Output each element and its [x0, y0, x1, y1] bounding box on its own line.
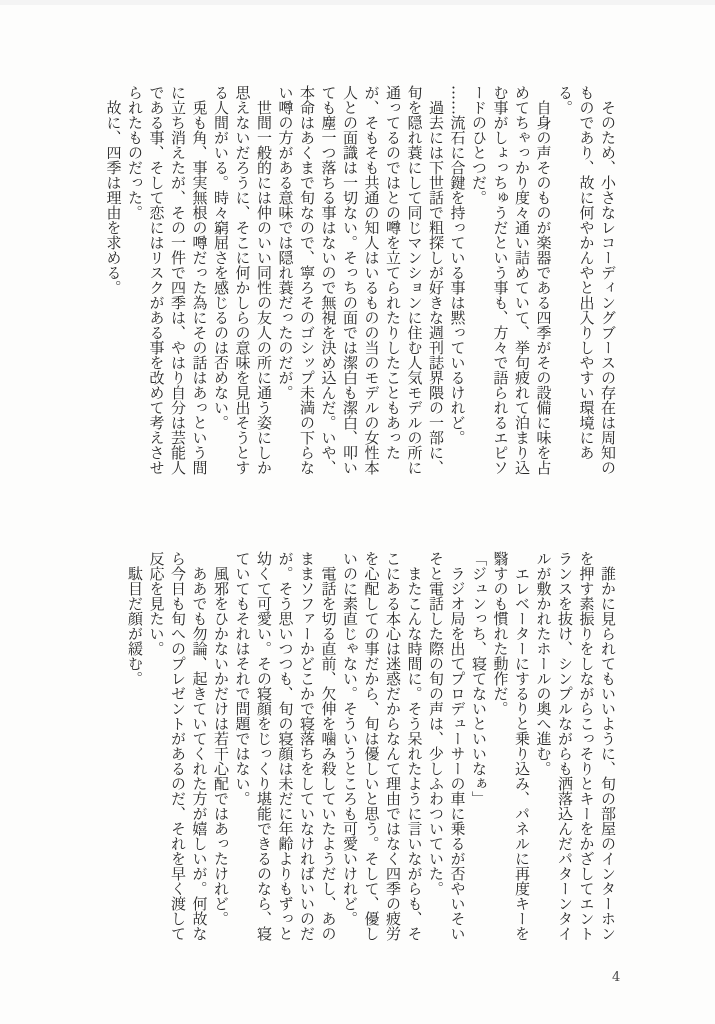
- page-edge-shadow: [0, 0, 715, 5]
- paragraph: そのため、小さなレコーディングブースの存在は周知のものであり、故に何やかんやと出…: [554, 85, 619, 477]
- paragraph: 故に、四季は理由を求める。: [102, 85, 124, 477]
- paragraph: 兎も角、事実無根の噂だった為にその話はあっという間に立ち消えたが、その一件で四季…: [124, 85, 210, 477]
- paragraph: ……流石に合鍵を持っている事は黙っているけれど。: [446, 85, 468, 477]
- dialogue-line: 「ジュンっち、寝てないといいなぁ」: [468, 551, 490, 943]
- paragraph: 自身の声そのものが楽器である四季がその設備に味を占めてちゃっかり度々通い詰めてい…: [468, 85, 554, 477]
- text-block-top: そのため、小さなレコーディングブースの存在は周知のものであり、故に何やかんやと出…: [102, 85, 618, 477]
- paragraph: 誰かに見られてもいいように、旬の部屋のインターホンを押す素振りをしながらこっそり…: [532, 551, 618, 943]
- paragraph: 電話を切る直前、欠伸を噛み殺していたようだし、あのままソファーかどこかで寝落ちを…: [231, 551, 339, 943]
- paragraph: 駄目だ顔が緩む。: [124, 551, 146, 943]
- paragraph: エレベーターにするりと乗り込み、パネルに再度キーを翳すのも慣れた動作だ。: [489, 551, 532, 943]
- paragraph: ああでも勿論、起きていてくれた方が嬉しいが。何故なら今日も旬へのプレゼントがある…: [145, 551, 210, 943]
- paragraph: 世間一般的には仲のいい同性の友人の所に通う姿にしか思えないだろうに、そこに何かし…: [210, 85, 275, 477]
- paragraph: またこんな時間に。そう呆れたように言いながらも、そこにある本心は迷惑だからなんて…: [339, 551, 425, 943]
- text-block-bottom: 誰かに見られてもいいように、旬の部屋のインターホンを押す素振りをしながらこっそり…: [124, 551, 619, 943]
- page-number: 4: [612, 970, 620, 985]
- paragraph: 風邪をひかないかだけは若干心配ではあったけれど。: [210, 551, 232, 943]
- novel-page: そのため、小さなレコーディングブースの存在は周知のものであり、故に何やかんやと出…: [0, 0, 715, 1024]
- paragraph: ラジオ局を出てプロデューサーの車に乗るが否やいそいそと電話した際の旬の声は、少し…: [425, 551, 468, 943]
- paragraph: 過去には下世話で粗探しが好きな週刊誌界隈の一部に、旬を隠れ蓑にして同じマンション…: [274, 85, 446, 477]
